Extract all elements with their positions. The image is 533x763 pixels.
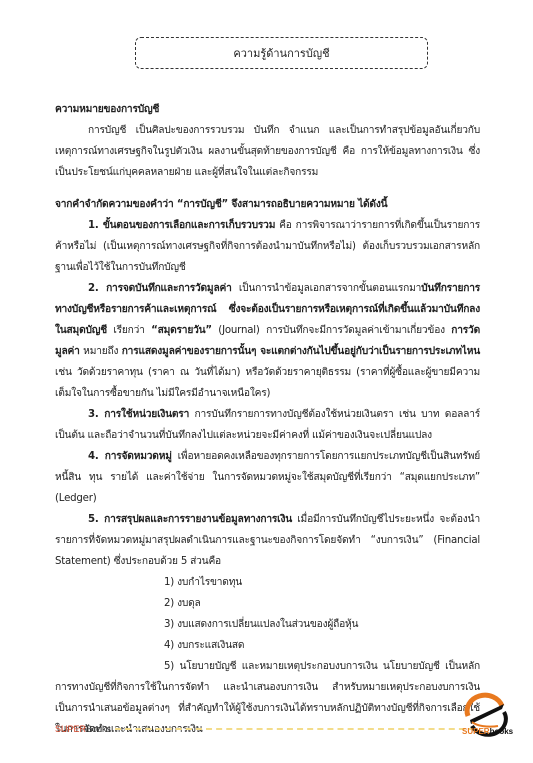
section-heading-definition: ความหมายของการบัญชี bbox=[55, 99, 480, 120]
statement-item-3: 3) งบแสดงการเปลี่ยนแปลงในส่วนของผู้ถือหุ… bbox=[55, 614, 480, 635]
statement-item-4: 4) งบกระแสเงินสด bbox=[55, 635, 480, 656]
logo-wordmark: SUPERbooks bbox=[462, 727, 513, 736]
page-title-box: ความรู้ด้านการบัญชี bbox=[135, 37, 428, 69]
page-title: ความรู้ด้านการบัญชี bbox=[233, 44, 329, 62]
statement-item-1: 1) งบกำไรขาดทุน bbox=[55, 572, 480, 593]
statement-item-2: 2) งบดุล bbox=[55, 593, 480, 614]
definition-paragraph: การบัญชี เป็นศิลปะของการรวบรวม บันทึก จำ… bbox=[55, 120, 480, 183]
section-heading-explanation: จากคำจำกัดความของคำว่า “การบัญชี” จึงสาม… bbox=[55, 194, 480, 215]
explanation-item-4: 4. การจัดหมวดหมู่ เพื่อหายอดคงเหลือของทุ… bbox=[55, 446, 480, 509]
document-body: ความหมายของการบัญชี การบัญชี เป็นศิลปะขอ… bbox=[55, 99, 480, 740]
page-footer: SUPERBooks bbox=[55, 722, 475, 736]
explanation-item-2: 2. การจดบันทึกและการวัดมูลค่า เป็นการนำข… bbox=[55, 278, 480, 404]
footer-brand: SUPERBooks bbox=[55, 724, 111, 734]
explanation-item-3: 3. การใช้หน่วยเงินตรา การบันทึกรายการทาง… bbox=[55, 404, 480, 446]
explanation-item-5: 5. การสรุปผลและการรายงานข้อมูลทางการเงิน… bbox=[55, 509, 480, 572]
explanation-item-1: 1. ขั้นตอนของการเลือกและการเก็บรวบรวม คื… bbox=[55, 215, 480, 278]
footer-divider bbox=[115, 728, 475, 730]
